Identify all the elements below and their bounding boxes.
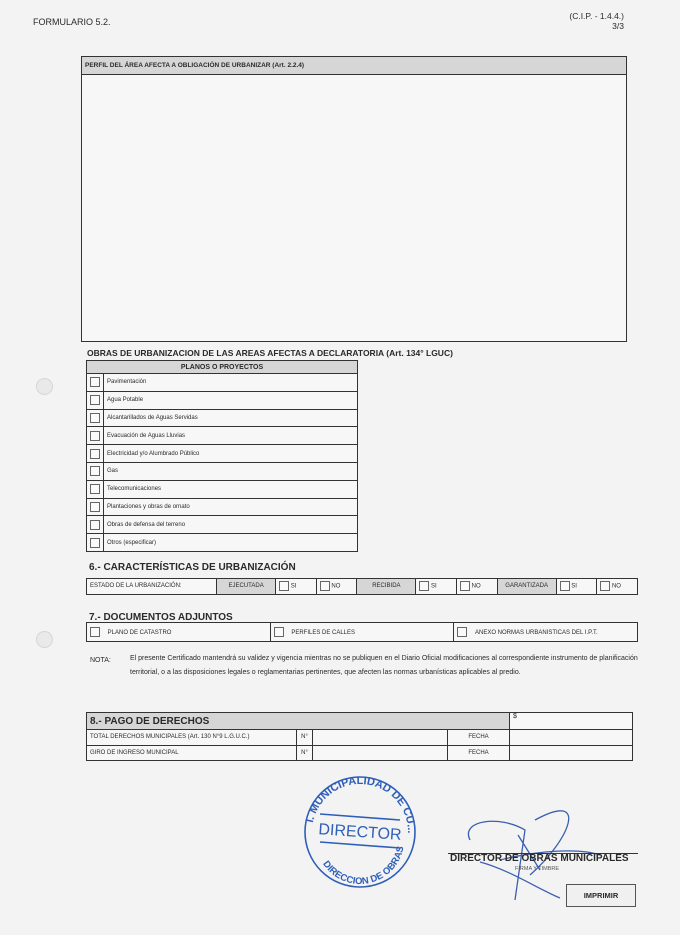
checkbox[interactable] (274, 627, 284, 637)
caracteristicas-title: 6.- CARACTERÍSTICAS DE URBANIZACIÓN (89, 562, 296, 573)
documento-label: PLANO DE CATASTRO (108, 630, 172, 636)
cip-code: (C.I.P. - 1.4.4.) (569, 11, 624, 21)
documentos-table: PLANO DE CATASTRO PERFILES DE CALLES ANE… (86, 622, 638, 642)
checkbox[interactable] (90, 431, 100, 441)
estado-si-option[interactable]: SI (276, 579, 317, 595)
obras-title: OBRAS DE URBANIZACION DE LAS AREAS AFECT… (87, 348, 453, 358)
pago-table: 8.- PAGO DE DERECHOS $ TOTAL DERECHOS MU… (86, 712, 633, 761)
obras-item-label: Evacuación de Aguas Lluvias (104, 427, 358, 445)
estado-label: ESTADO DE LA URBANIZACIÓN: (87, 579, 217, 595)
punch-hole (36, 378, 53, 395)
obras-item: Obras de defensa del terreno (87, 516, 358, 534)
obras-checkbox-cell[interactable] (87, 534, 104, 552)
print-button[interactable]: IMPRIMIR (566, 884, 636, 907)
pago-row-label: TOTAL DERECHOS MUNICIPALES (Art. 130 N°9… (87, 730, 297, 746)
obras-checkbox-cell[interactable] (87, 374, 104, 392)
si-label: SI (431, 584, 437, 590)
pago-row-label: GIRO DE INGRESO MUNICIPAL (87, 745, 297, 761)
pago-num-label: N° (297, 730, 313, 746)
obras-checkbox-cell[interactable] (87, 462, 104, 480)
si-label: SI (571, 584, 577, 590)
checkbox[interactable] (90, 413, 100, 423)
pago-fecha-field[interactable] (510, 730, 633, 746)
currency-symbol: $ (513, 713, 517, 720)
obras-item-label: Otros (especificar) (104, 534, 358, 552)
svg-text:DIRECTOR: DIRECTOR (318, 821, 402, 844)
official-stamp: I. MUNICIPALIDAD DE CU... DIRECTOR DIREC… (290, 770, 430, 890)
obras-item: Electricidad y/o Alumbrado Público (87, 445, 358, 463)
estado-no-option[interactable]: NO (457, 579, 498, 595)
pago-row: TOTAL DERECHOS MUNICIPALES (Art. 130 N°9… (87, 730, 633, 746)
pago-amount[interactable]: $ (510, 713, 633, 730)
punch-hole (36, 631, 53, 648)
obras-item: Gas (87, 462, 358, 480)
checkbox[interactable] (90, 502, 100, 512)
nota-text: El presente Certificado mantendrá su val… (130, 652, 638, 680)
firma-subtitle: FIRMA Y TIMBRE (515, 866, 559, 872)
obras-item-label: Agua Potable (104, 391, 358, 409)
page-number: 3/3 (569, 21, 624, 31)
checkbox[interactable] (90, 520, 100, 530)
checkbox[interactable] (419, 581, 429, 591)
checkbox[interactable] (560, 581, 570, 591)
form-id: FORMULARIO 5.2. (33, 17, 111, 27)
perfil-box: PERFIL DEL ÁREA AFECTA A OBLIGACIÓN DE U… (81, 56, 627, 342)
documento-label: ANEXO NORMAS URBANISTICAS DEL I.P.T. (475, 630, 598, 636)
documento-item[interactable]: PERFILES DE CALLES (270, 623, 454, 642)
obras-item-label: Alcantarillados de Aguas Servidas (104, 409, 358, 427)
obras-checkbox-cell[interactable] (87, 498, 104, 516)
obras-item: Pavimentación (87, 374, 358, 392)
checkbox[interactable] (90, 484, 100, 494)
checkbox[interactable] (90, 538, 100, 548)
estado-group-label: EJECUTADA (217, 579, 276, 595)
checkbox[interactable] (600, 581, 610, 591)
estado-si-option[interactable]: SI (416, 579, 457, 595)
documento-item[interactable]: ANEXO NORMAS URBANISTICAS DEL I.P.T. (454, 623, 638, 642)
obras-table: PLANOS O PROYECTOS Pavimentación Agua Po… (86, 360, 358, 552)
checkbox[interactable] (279, 581, 289, 591)
obras-item-label: Plantaciones y obras de ornato (104, 498, 358, 516)
pago-fecha-label: FECHA (448, 730, 510, 746)
obras-item: Plantaciones y obras de ornato (87, 498, 358, 516)
nota-label: NOTA: (90, 657, 111, 664)
checkbox[interactable] (460, 581, 470, 591)
perfil-drawing-area[interactable] (82, 75, 626, 340)
obras-item: Telecomunicaciones (87, 480, 358, 498)
pago-title: 8.- PAGO DE DERECHOS (87, 713, 510, 730)
estado-group-label: GARANTIZADA (497, 579, 556, 595)
obras-item-label: Pavimentación (104, 374, 358, 392)
obras-item-label: Gas (104, 462, 358, 480)
perfil-title: PERFIL DEL ÁREA AFECTA A OBLIGACIÓN DE U… (82, 57, 626, 75)
obras-checkbox-cell[interactable] (87, 409, 104, 427)
obras-item: Alcantarillados de Aguas Servidas (87, 409, 358, 427)
obras-checkbox-cell[interactable] (87, 445, 104, 463)
no-label: NO (472, 584, 481, 590)
obras-item-label: Telecomunicaciones (104, 480, 358, 498)
obras-item: Agua Potable (87, 391, 358, 409)
pago-fecha-label: FECHA (448, 745, 510, 761)
pago-num-label: N° (297, 745, 313, 761)
no-label: NO (331, 584, 340, 590)
documento-label: PERFILES DE CALLES (291, 630, 355, 636)
estado-table: ESTADO DE LA URBANIZACIÓN: EJECUTADA SI … (86, 578, 638, 595)
obras-checkbox-cell[interactable] (87, 516, 104, 534)
checkbox[interactable] (90, 466, 100, 476)
checkbox[interactable] (90, 449, 100, 459)
obras-item: Evacuación de Aguas Lluvias (87, 427, 358, 445)
pago-num-field[interactable] (313, 730, 448, 746)
form-code: (C.I.P. - 1.4.4.) 3/3 (569, 11, 624, 31)
pago-fecha-field[interactable] (510, 745, 633, 761)
obras-item: Otros (especificar) (87, 534, 358, 552)
obras-checkbox-cell[interactable] (87, 427, 104, 445)
obras-item-label: Electricidad y/o Alumbrado Público (104, 445, 358, 463)
pago-num-field[interactable] (313, 745, 448, 761)
obras-item-label: Obras de defensa del terreno (104, 516, 358, 534)
checkbox[interactable] (320, 581, 330, 591)
firma-title: DIRECTOR DE OBRAS MUNICIPALES (450, 853, 629, 864)
no-label: NO (612, 584, 621, 590)
checkbox[interactable] (457, 627, 467, 637)
obras-checkbox-cell[interactable] (87, 391, 104, 409)
checkbox[interactable] (90, 377, 100, 387)
obras-table-header: PLANOS O PROYECTOS (87, 361, 358, 374)
checkbox[interactable] (90, 627, 100, 637)
pago-row: GIRO DE INGRESO MUNICIPAL N° FECHA (87, 745, 633, 761)
checkbox[interactable] (90, 395, 100, 405)
estado-group-label: RECIBIDA (357, 579, 416, 595)
estado-no-option[interactable]: NO (316, 579, 357, 595)
obras-checkbox-cell[interactable] (87, 480, 104, 498)
estado-no-option[interactable]: NO (597, 579, 638, 595)
estado-si-option[interactable]: SI (556, 579, 597, 595)
si-label: SI (291, 584, 297, 590)
documento-item[interactable]: PLANO DE CATASTRO (87, 623, 271, 642)
